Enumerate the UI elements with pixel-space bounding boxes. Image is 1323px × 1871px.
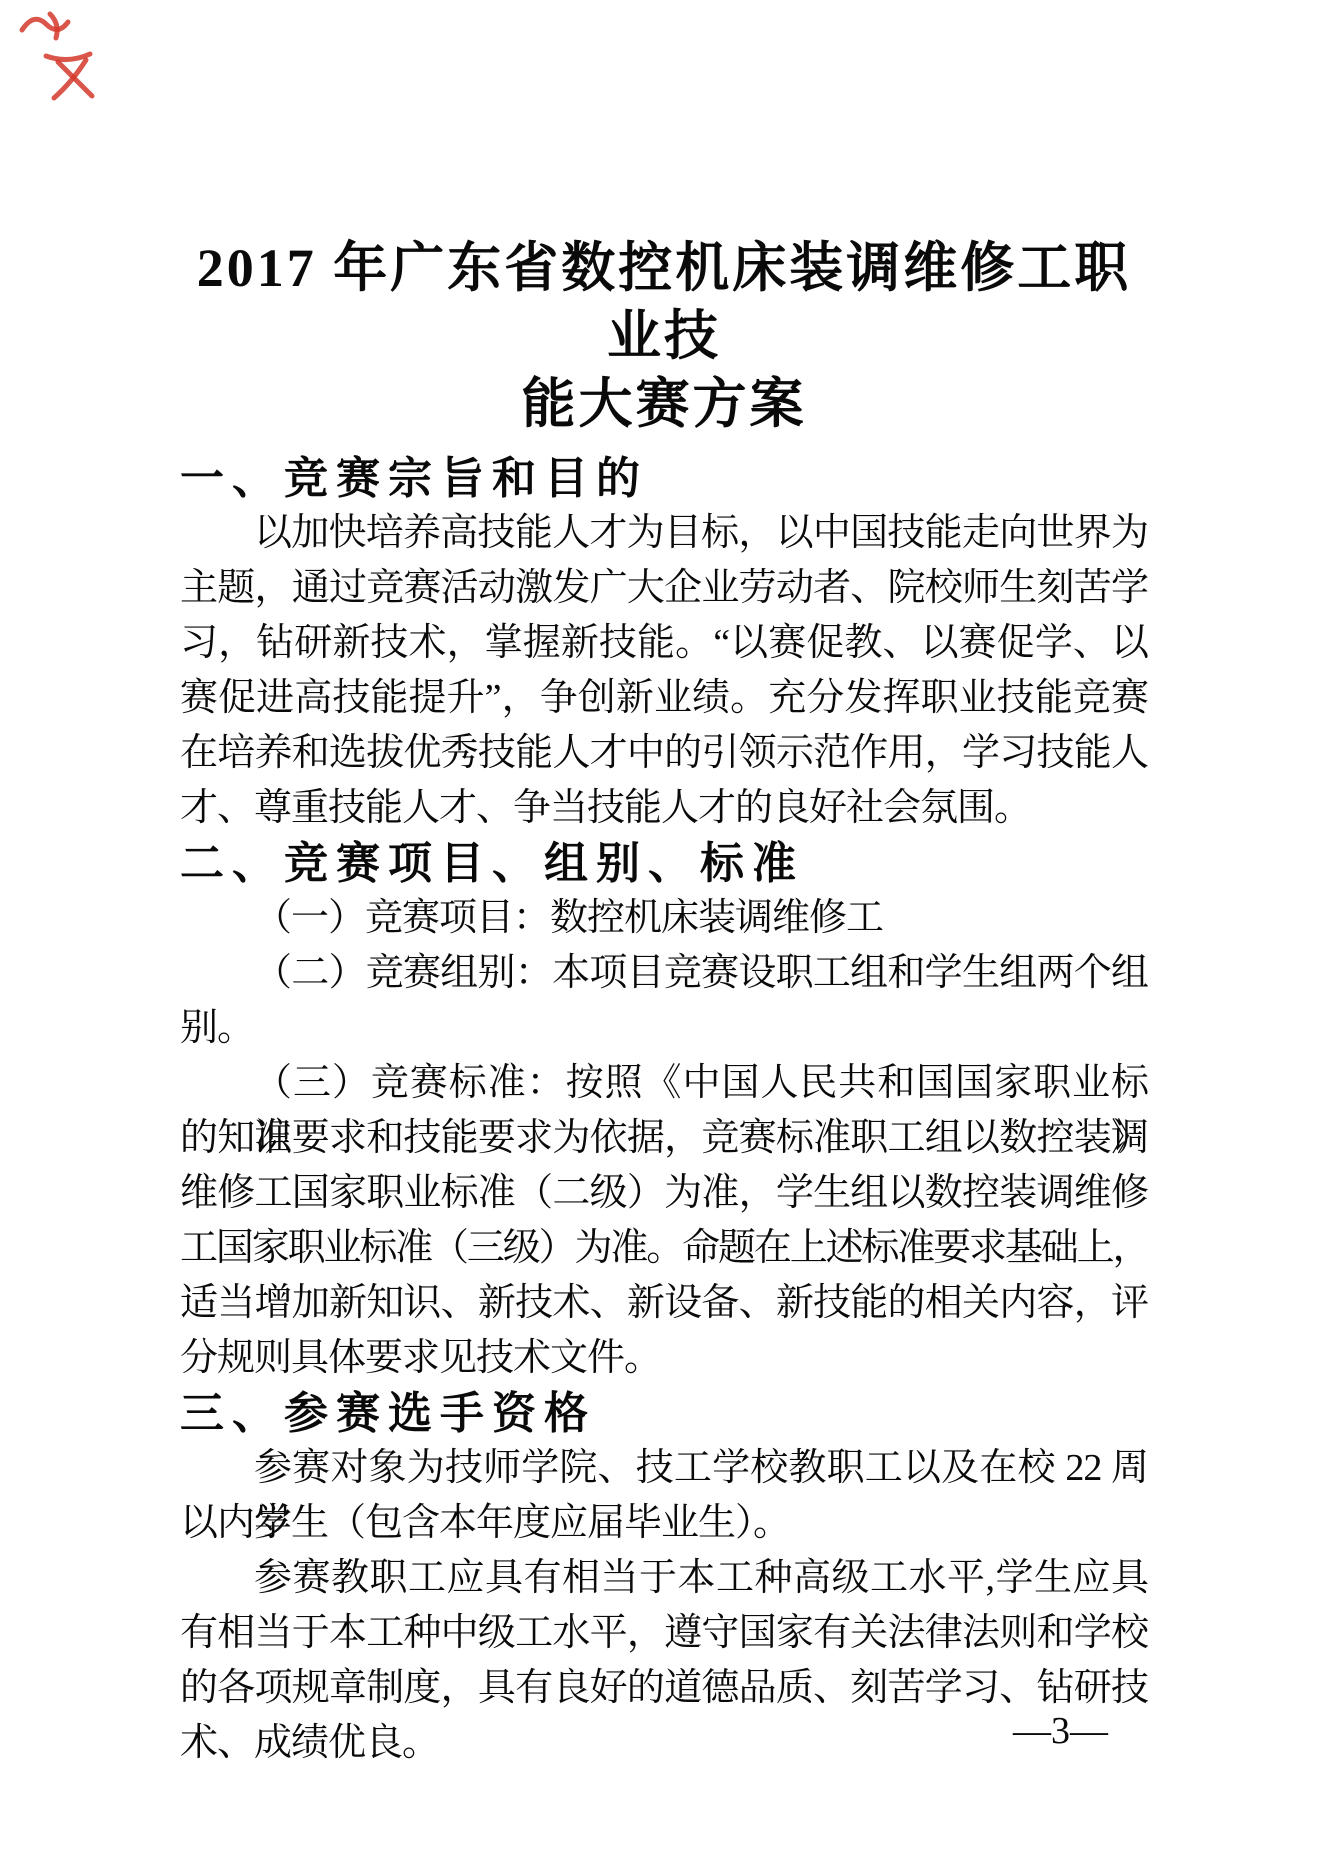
body-line: 维修工国家职业标准（二级）为准，学生组以数控装调维修 — [180, 1166, 1148, 1221]
red-stamp-fragment-icon — [16, 4, 106, 104]
section-3-heading: 三、参赛选手资格 — [180, 1386, 1148, 1441]
page-number: —3— — [1013, 1708, 1108, 1754]
document-page: 2017 年广东省数控机床装调维修工职业技 能大赛方案 一、竞赛宗旨和目的 以加… — [0, 0, 1323, 1871]
section-2-heading: 二、竞赛项目、组别、标准 — [180, 836, 1148, 891]
body-line: 的知识要求和技能要求为依据，竞赛标准职工组以数控装调 — [180, 1111, 1148, 1166]
title-line-2: 能大赛方案 — [180, 370, 1148, 438]
document-content: 2017 年广东省数控机床装调维修工职业技 能大赛方案 一、竞赛宗旨和目的 以加… — [180, 0, 1148, 1771]
body-line: 习，钻研新技术，掌握新技能。“以赛促教、以赛促学、以 — [180, 616, 1148, 671]
body-line: 以内学生（包含本年度应届毕业生）。 — [180, 1496, 1148, 1551]
body-line: 以加快培养高技能人才为目标，以中国技能走向世界为 — [180, 506, 1148, 561]
document-title: 2017 年广东省数控机床装调维修工职业技 能大赛方案 — [180, 0, 1148, 438]
title-line-1: 2017 年广东省数控机床装调维修工职业技 — [180, 234, 1148, 370]
body-line: 适当增加新知识、新技术、新设备、新技能的相关内容，评 — [180, 1276, 1148, 1331]
body-line: （一）竞赛项目：数控机床装调维修工 — [180, 891, 1148, 946]
body-line: 在培养和选拔优秀技能人才中的引领示范作用，学习技能人 — [180, 726, 1148, 781]
body-line: （二）竞赛组别：本项目竞赛设职工组和学生组两个组 — [180, 946, 1148, 1001]
body-line: 才、尊重技能人才、争当技能人才的良好社会氛围。 — [180, 781, 1148, 836]
body-line: （三）竞赛标准：按照《中国人民共和国国家职业标准》 — [180, 1056, 1148, 1111]
body-line: 参赛教职工应具有相当于本工种高级工水平,学生应具 — [180, 1551, 1148, 1606]
body-line: 工国家职业标准（三级）为准。命题在上述标准要求基础上， — [180, 1221, 1148, 1276]
body-line: 的各项规章制度，具有良好的道德品质、刻苦学习、钻研技 — [180, 1661, 1148, 1716]
body-line: 有相当于本工种中级工水平，遵守国家有关法律法则和学校 — [180, 1606, 1148, 1661]
body-line: 参赛对象为技师学院、技工学校教职工以及在校 22 周岁 — [180, 1441, 1148, 1496]
body-line: 赛促进高技能提升”，争创新业绩。充分发挥职业技能竞赛 — [180, 671, 1148, 726]
body-line: 术、成绩优良。 — [180, 1716, 1148, 1771]
section-1-heading: 一、竞赛宗旨和目的 — [180, 451, 1148, 506]
body-line: 主题，通过竞赛活动激发广大企业劳动者、院校师生刻苦学 — [180, 561, 1148, 616]
body-line: 分规则具体要求见技术文件。 — [180, 1331, 1148, 1386]
body-line: 别。 — [180, 1001, 1148, 1056]
